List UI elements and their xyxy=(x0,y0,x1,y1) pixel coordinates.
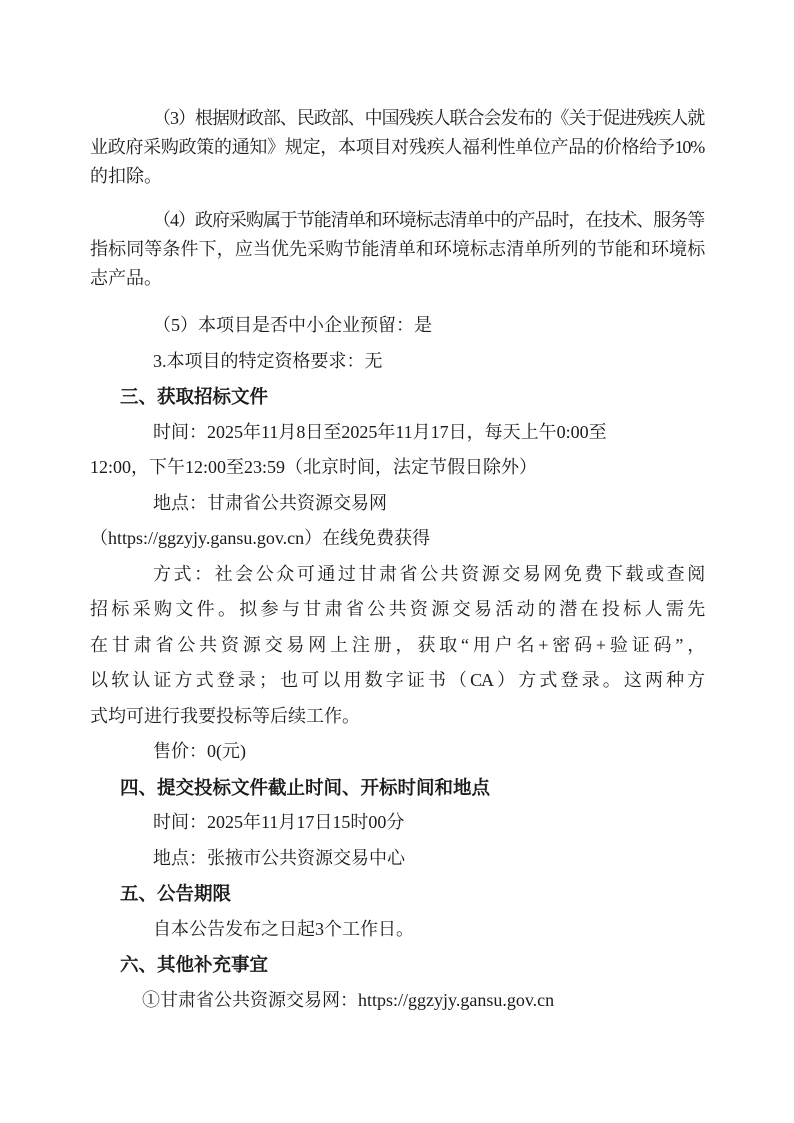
clause4-line2: 指标同等条件下，应当优先采购节能清单和环境标志清单所列的节能和环境标 xyxy=(90,235,704,264)
obtain-url-line: （https://ggzyjy.gansu.gov.cn）在线免费获得 xyxy=(90,521,704,557)
item3-line: 3.本项目的特定资格要求：无 xyxy=(90,344,704,380)
method-line3: 在甘肃省公共资源交易网上注册，获取“用户名+密码+验证码”， xyxy=(90,628,704,664)
obtain-time-line2: 12:00，下午12:00至23:59（北京时间，法定节假日除外） xyxy=(90,450,704,486)
method-line5: 式均可进行我要投标等后续工作。 xyxy=(90,699,704,735)
method-line1: 方式：社会公众可通过甘肃省公共资源交易网免费下载或查阅 xyxy=(90,557,704,593)
obtain-place-line: 地点：甘肃省公共资源交易网 xyxy=(90,486,704,522)
period-line: 自本公告发布之日起3个工作日。 xyxy=(90,912,704,948)
deadline-time-line: 时间：2025年11月17日15时00分 xyxy=(90,805,704,841)
clause3-line1: （3）根据财政部、民政部、中国残疾人联合会发布的《关于促进残疾人就 xyxy=(90,104,704,133)
page: （3）根据财政部、民政部、中国残疾人联合会发布的《关于促进残疾人就业政府采购政策… xyxy=(0,0,794,1123)
deadline-place-line: 地点：张掖市公共资源交易中心 xyxy=(90,841,704,877)
price-line: 售价：0(元) xyxy=(90,734,704,770)
section3-heading: 三、获取招标文件 xyxy=(90,379,704,415)
clause3-line3: 的扣除。 xyxy=(90,162,704,191)
note1-line: ①甘肃省公共资源交易网：https://ggzyjy.gansu.gov.cn xyxy=(90,983,704,1019)
document-body: （3）根据财政部、民政部、中国残疾人联合会发布的《关于促进残疾人就业政府采购政策… xyxy=(90,104,704,1018)
method-line2: 招标采购文件。拟参与甘肃省公共资源交易活动的潜在投标人需先 xyxy=(90,592,704,628)
obtain-time-line1: 时间：2025年11月8日至2025年11月17日，每天上午0:00至 xyxy=(90,415,704,451)
clause4-line1: （4）政府采购属于节能清单和环境标志清单中的产品时，在技术、服务等 xyxy=(90,206,704,235)
clause3-line2: 业政府采购政策的通知》规定，本项目对残疾人福利性单位产品的价格给予10% xyxy=(90,133,704,162)
section5-heading: 五、公告期限 xyxy=(90,876,704,912)
clause5-line: （5）本项目是否中小企业预留：是 xyxy=(90,308,704,344)
section6-heading: 六、其他补充事宜 xyxy=(90,947,704,983)
clause4-line3: 志产品。 xyxy=(90,264,704,293)
section4-heading: 四、提交投标文件截止时间、开标时间和地点 xyxy=(90,770,704,806)
method-line4: 以软认证方式登录；也可以用数字证书（CA）方式登录。这两种方 xyxy=(90,663,704,699)
